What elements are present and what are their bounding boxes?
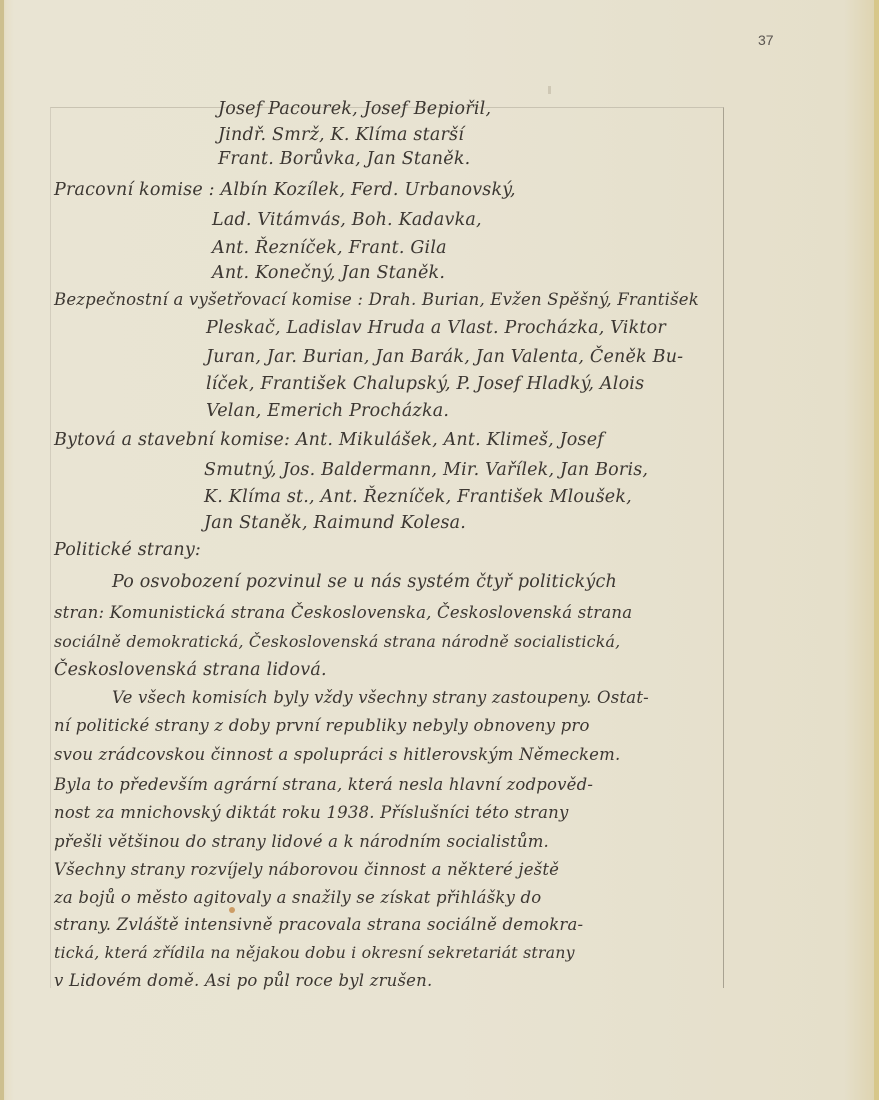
bytova-komise-line: Smutný, Jos. Baldermann, Mir. Vařílek, J…	[204, 460, 648, 480]
paragraph-line: Všechny strany rozvíjely náborovou činno…	[54, 860, 559, 879]
continuation-line: Frant. Borůvka, Jan Staněk.	[218, 149, 470, 169]
archive-page: 37 Josef Pacourek, Josef Bepiořil, Jindř…	[0, 0, 879, 1100]
bezpecnostni-komise-line: líček, František Chalupský, P. Josef Hla…	[206, 374, 644, 394]
pracovni-komise-line: Ant. Konečný, Jan Staněk.	[212, 263, 445, 283]
paragraph-line: za bojů o město agitovaly a snažily se z…	[54, 888, 541, 907]
section-heading: Politické strany:	[54, 540, 201, 560]
paragraph-line: stran: Komunistická strana Československ…	[54, 603, 632, 622]
continuation-line: Jindř. Smrž, K. Klíma starší	[218, 125, 464, 145]
bytova-komise-line: K. Klíma st., Ant. Řezníček, František M…	[204, 487, 632, 507]
bezpecnostni-komise-line: Bezpečnostní a vyšetřovací komise : Drah…	[54, 290, 699, 309]
bezpecnostni-komise-line: Juran, Jar. Burian, Jan Barák, Jan Valen…	[206, 347, 683, 367]
paragraph-line: Byla to především agrární strana, která …	[54, 775, 593, 794]
paragraph-line: svou zrádcovskou činnost a spolupráci s …	[54, 745, 620, 764]
continuation-line: Josef Pacourek, Josef Bepiořil,	[218, 99, 491, 119]
ink-stain	[229, 907, 235, 913]
paper-smudge	[548, 86, 551, 94]
paragraph-line: sociálně demokratická, Československá st…	[54, 632, 620, 651]
page-number: 37	[758, 32, 774, 48]
pracovni-komise-line: Pracovní komise : Albín Kozílek, Ferd. U…	[54, 180, 516, 200]
page-edge-right	[874, 0, 879, 1100]
paragraph-line: přešli většinou do strany lidové a k nár…	[54, 832, 549, 851]
bezpecnostni-komise-line: Velan, Emerich Procházka.	[206, 401, 449, 421]
paragraph-line: Ve všech komisích byly vždy všechny stra…	[112, 688, 649, 707]
pracovni-komise-line: Lad. Vitámvás, Boh. Kadavka,	[212, 210, 482, 230]
paragraph-line: ní politické strany z doby první republi…	[54, 716, 590, 735]
bezpecnostni-komise-line: Pleskač, Ladislav Hruda a Vlast. Procház…	[206, 318, 666, 338]
bytova-komise-line: Jan Staněk, Raimund Kolesa.	[204, 513, 466, 533]
pracovni-komise-line: Ant. Řezníček, Frant. Gila	[212, 238, 447, 258]
paragraph-line: tická, která zřídila na nějakou dobu i o…	[54, 943, 575, 962]
paragraph-line: nost za mnichovský diktát roku 1938. Pří…	[54, 803, 569, 822]
paragraph-line: Po osvobození pozvinul se u nás systém č…	[112, 572, 617, 592]
bytova-komise-line: Bytová a stavební komise: Ant. Mikulášek…	[54, 430, 604, 450]
paragraph-line: v Lidovém domě. Asi po půl roce byl zruš…	[54, 971, 432, 990]
paragraph-line: Československá strana lidová.	[54, 660, 327, 680]
page-edge-left	[0, 0, 4, 1100]
paragraph-line: strany. Zvláště intensivně pracovala str…	[54, 915, 583, 934]
